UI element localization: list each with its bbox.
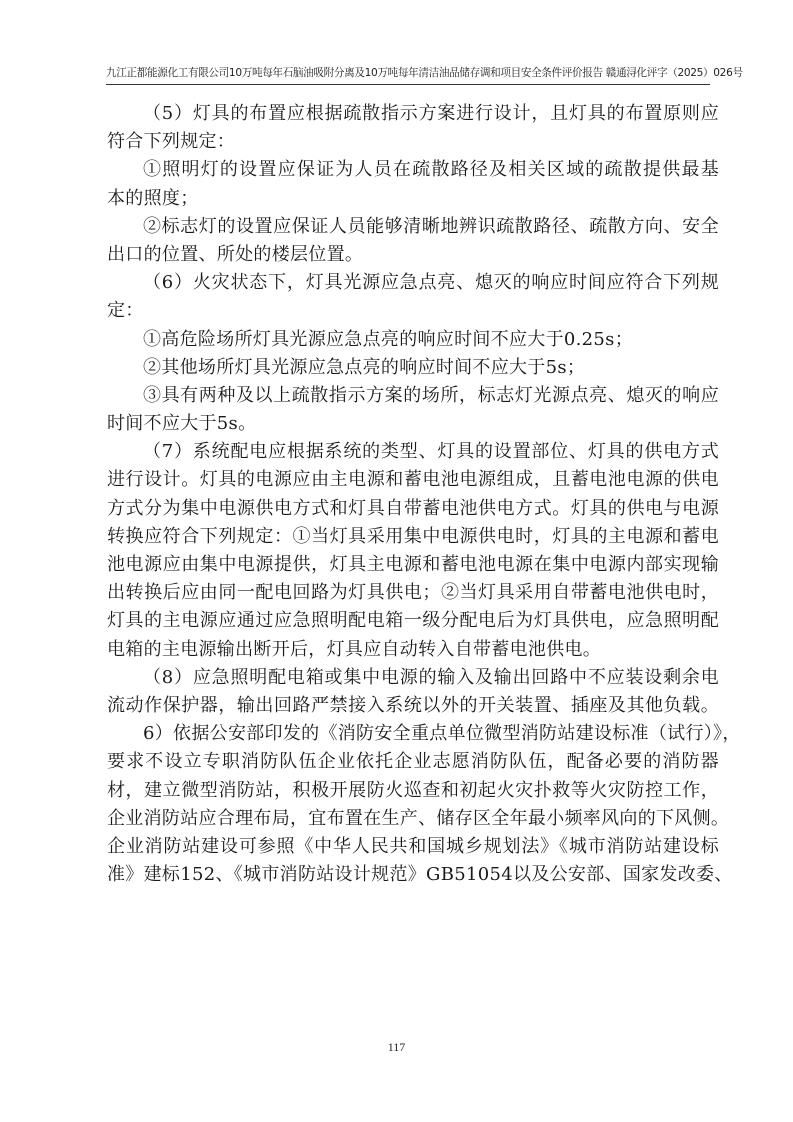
text-line: 流动作保护器，输出回路严禁接入系统以外的开关装置、插座及其他负载。 [107, 692, 719, 720]
text-line: 池电源应由集中电源提供，灯具主电源和蓄电池电源在集中电源内部实现输 [107, 551, 719, 579]
paragraph-p6-3: ③具有两种及以上疏散指示方案的场所，标志灯光源点亮、熄灭的响应时间不应大于5s。 [107, 382, 719, 438]
paragraph-p6-1: ①高危险场所灯具光源应急点亮的响应时间不应大于0.25s； [107, 326, 719, 354]
text-line: ②其他场所灯具光源应急点亮的响应时间不应大于5s； [107, 354, 719, 382]
text-line: 时间不应大于5s。 [107, 410, 719, 438]
running-header: 九江正都能源化工有限公司10万吨每年石脑油吸附分离及10万吨每年清洁油品储存调和… [106, 66, 708, 80]
text-line: ①照明灯的设置应保证为人员在疏散路径及相关区域的疏散提供最基 [107, 156, 719, 184]
text-line: 定： [107, 297, 719, 325]
text-line: 要求不设立专职消防队伍企业依托企业志愿消防队伍，配备必要的消防器 [107, 748, 719, 776]
text-line: 企业消防站建设可参照《中华人民共和国城乡规划法》《城市消防站建设标 [107, 833, 719, 861]
text-line: （5）灯具的布置应根据疏散指示方案进行设计，且灯具的布置原则应 [107, 100, 719, 128]
paragraph-p8: （8）应急照明配电箱或集中电源的输入及输出回路中不应装设剩余电流动作保护器，输出… [107, 664, 719, 720]
text-line: ②标志灯的设置应保证人员能够清晰地辨识疏散路径、疏散方向、安全 [107, 213, 719, 241]
paragraph-p6-2: ②其他场所灯具光源应急点亮的响应时间不应大于5s； [107, 354, 719, 382]
paragraph-p5-1: ①照明灯的设置应保证为人员在疏散路径及相关区域的疏散提供最基本的照度； [107, 156, 719, 212]
text-line: 6）依据公安部印发的《消防安全重点单位微型消防站建设标准（试行）》， [107, 720, 719, 748]
text-line: ③具有两种及以上疏散指示方案的场所，标志灯光源点亮、熄灭的响应 [107, 382, 719, 410]
paragraph-p5: （5）灯具的布置应根据疏散指示方案进行设计，且灯具的布置原则应符合下列规定： [107, 100, 719, 156]
text-line: （8）应急照明配电箱或集中电源的输入及输出回路中不应装设剩余电 [107, 664, 719, 692]
text-line: 进行设计。灯具的电源应由主电源和蓄电池电源组成，且蓄电池电源的供电 [107, 466, 719, 494]
text-line: 准》建标152、《城市消防站设计规范》GB51054以及公安部、国家发改委、 [107, 861, 719, 889]
paragraph-p7: （7）系统配电应根据系统的类型、灯具的设置部位、灯具的供电方式进行设计。灯具的电… [107, 438, 719, 664]
text-line: 方式分为集中电源供电方式和灯具自带蓄电池供电方式。灯具的供电与电源 [107, 495, 719, 523]
text-line: 本的照度； [107, 185, 719, 213]
header-divider [106, 84, 710, 85]
text-line: 出口的位置、所处的楼层位置。 [107, 241, 719, 269]
page-number: 117 [0, 1040, 793, 1055]
text-line: 转换应符合下列规定：①当灯具采用集中电源供电时，灯具的主电源和蓄电 [107, 523, 719, 551]
text-line: 电箱的主电源输出断开后，灯具应自动转入自带蓄电池供电。 [107, 636, 719, 664]
text-line: （6）火灾状态下，灯具光源应急点亮、熄灭的响应时间应符合下列规 [107, 269, 719, 297]
paragraph-item6: 6）依据公安部印发的《消防安全重点单位微型消防站建设标准（试行）》，要求不设立专… [107, 720, 719, 889]
paragraph-p6: （6）火灾状态下，灯具光源应急点亮、熄灭的响应时间应符合下列规定： [107, 269, 719, 325]
paragraph-p5-2: ②标志灯的设置应保证人员能够清晰地辨识疏散路径、疏散方向、安全出口的位置、所处的… [107, 213, 719, 269]
text-line: 企业消防站应合理布局，宜布置在生产、储存区全年最小频率风向的下风侧。 [107, 805, 719, 833]
text-line: ①高危险场所灯具光源应急点亮的响应时间不应大于0.25s； [107, 326, 719, 354]
text-line: 符合下列规定： [107, 128, 719, 156]
text-line: 材，建立微型消防站，积极开展防火巡查和初起火灾扑救等火灾防控工作， [107, 777, 719, 805]
text-line: 出转换后应由同一配电回路为灯具供电；②当灯具采用自带蓄电池供电时， [107, 579, 719, 607]
text-line: （7）系统配电应根据系统的类型、灯具的设置部位、灯具的供电方式 [107, 438, 719, 466]
document-body: （5）灯具的布置应根据疏散指示方案进行设计，且灯具的布置原则应符合下列规定：①照… [107, 100, 719, 889]
text-line: 灯具的主电源应通过应急照明配电箱一级分配电后为灯具供电，应急照明配 [107, 607, 719, 635]
